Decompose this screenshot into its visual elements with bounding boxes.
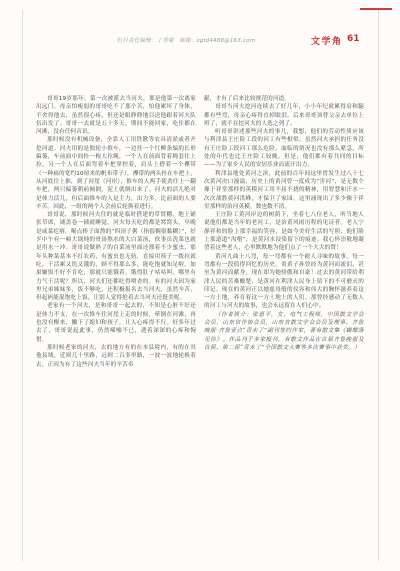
section-label: 文学角: [311, 34, 343, 47]
paragraph: 那时候老家的河夫，去的地方有的在本县境内，有的在其他县域，近则几十里路，远则二百…: [36, 344, 196, 369]
paragraph-continuation: 献，才有了后来比较规范的河道。: [204, 95, 364, 103]
paragraph: 那时候没有机械设备，全靠人工用铁锨等农具清淤或者开挖河道。河夫用的是独轮小推车，…: [36, 136, 196, 211]
paragraph: 老家有一个河夫，是和哥哥一起去的，不知是心脏不好还是体力不支，在一次推车往河崖上…: [36, 302, 196, 343]
paragraph: 王庄险工黄河岸边的树荫下，坐着七八位老人，听当地人说他们都是当年的老河工，是治黄…: [204, 211, 364, 252]
left-edge-rule: [22, 10, 23, 561]
top-right-red-rule: [360, 8, 392, 10]
right-column: 献，才有了后来比较规范的河道。 哥哥当河夫挖河连续去了好几年，小小年纪就累得肩和…: [204, 95, 364, 369]
paragraph: 哥哥说，那时候河夫住的就是临时搭建的草窝棚，地上铺张草席，铺盖卷一铺就睡觉。河夫…: [36, 211, 196, 302]
editor-credit: 栏目责任编辑：丁秀菊 邮箱：zgtd4488@163.com: [36, 38, 336, 45]
page-number: 61: [347, 34, 360, 44]
magazine-page: 栏目责任编辑：丁秀菊 邮箱：zgtd4488@163.com 文学角 61 哥哥…: [0, 0, 400, 571]
paragraph: 哥哥19岁那年，第一次被派去当河夫，那是他第一次离家出远门。母亲怕瘦弱的哥哥吃不…: [36, 95, 196, 136]
author-bio: （作者简介：张惠平，女，电气工程师，中国散文学会会员，山东省作协会员，山东省散文…: [204, 311, 364, 352]
paragraph: 黄河九曲十八弯，每一弯都有一个耐人寻味的故事，每一弯都有一段值得回忆的历史。炎黄…: [204, 253, 364, 311]
paragraph: 利津县地处黄河之滨，此前的百年间这里曾发生过八十七次黄河决口漫溢，历史上的黄河曾…: [204, 170, 364, 211]
paragraph: 哥哥当河夫挖河连续去了好几年，小小年纪就累得肩和腿都有些弯，母亲心疼得直掉眼泪。…: [204, 103, 364, 128]
paragraph: 听哥哥讲述那些河夫的事儿，我想，他们的劳动性质应该与利津县王庄险工段的河工有些相…: [204, 128, 364, 169]
article-body: 哥哥19岁那年，第一次被派去当河夫，那是他第一次离家出远门。母亲怕瘦弱的哥哥吃不…: [36, 95, 364, 369]
left-column: 哥哥19岁那年，第一次被派去当河夫，那是他第一次离家出远门。母亲怕瘦弱的哥哥吃不…: [36, 95, 196, 369]
right-edge-rule: [378, 10, 379, 561]
